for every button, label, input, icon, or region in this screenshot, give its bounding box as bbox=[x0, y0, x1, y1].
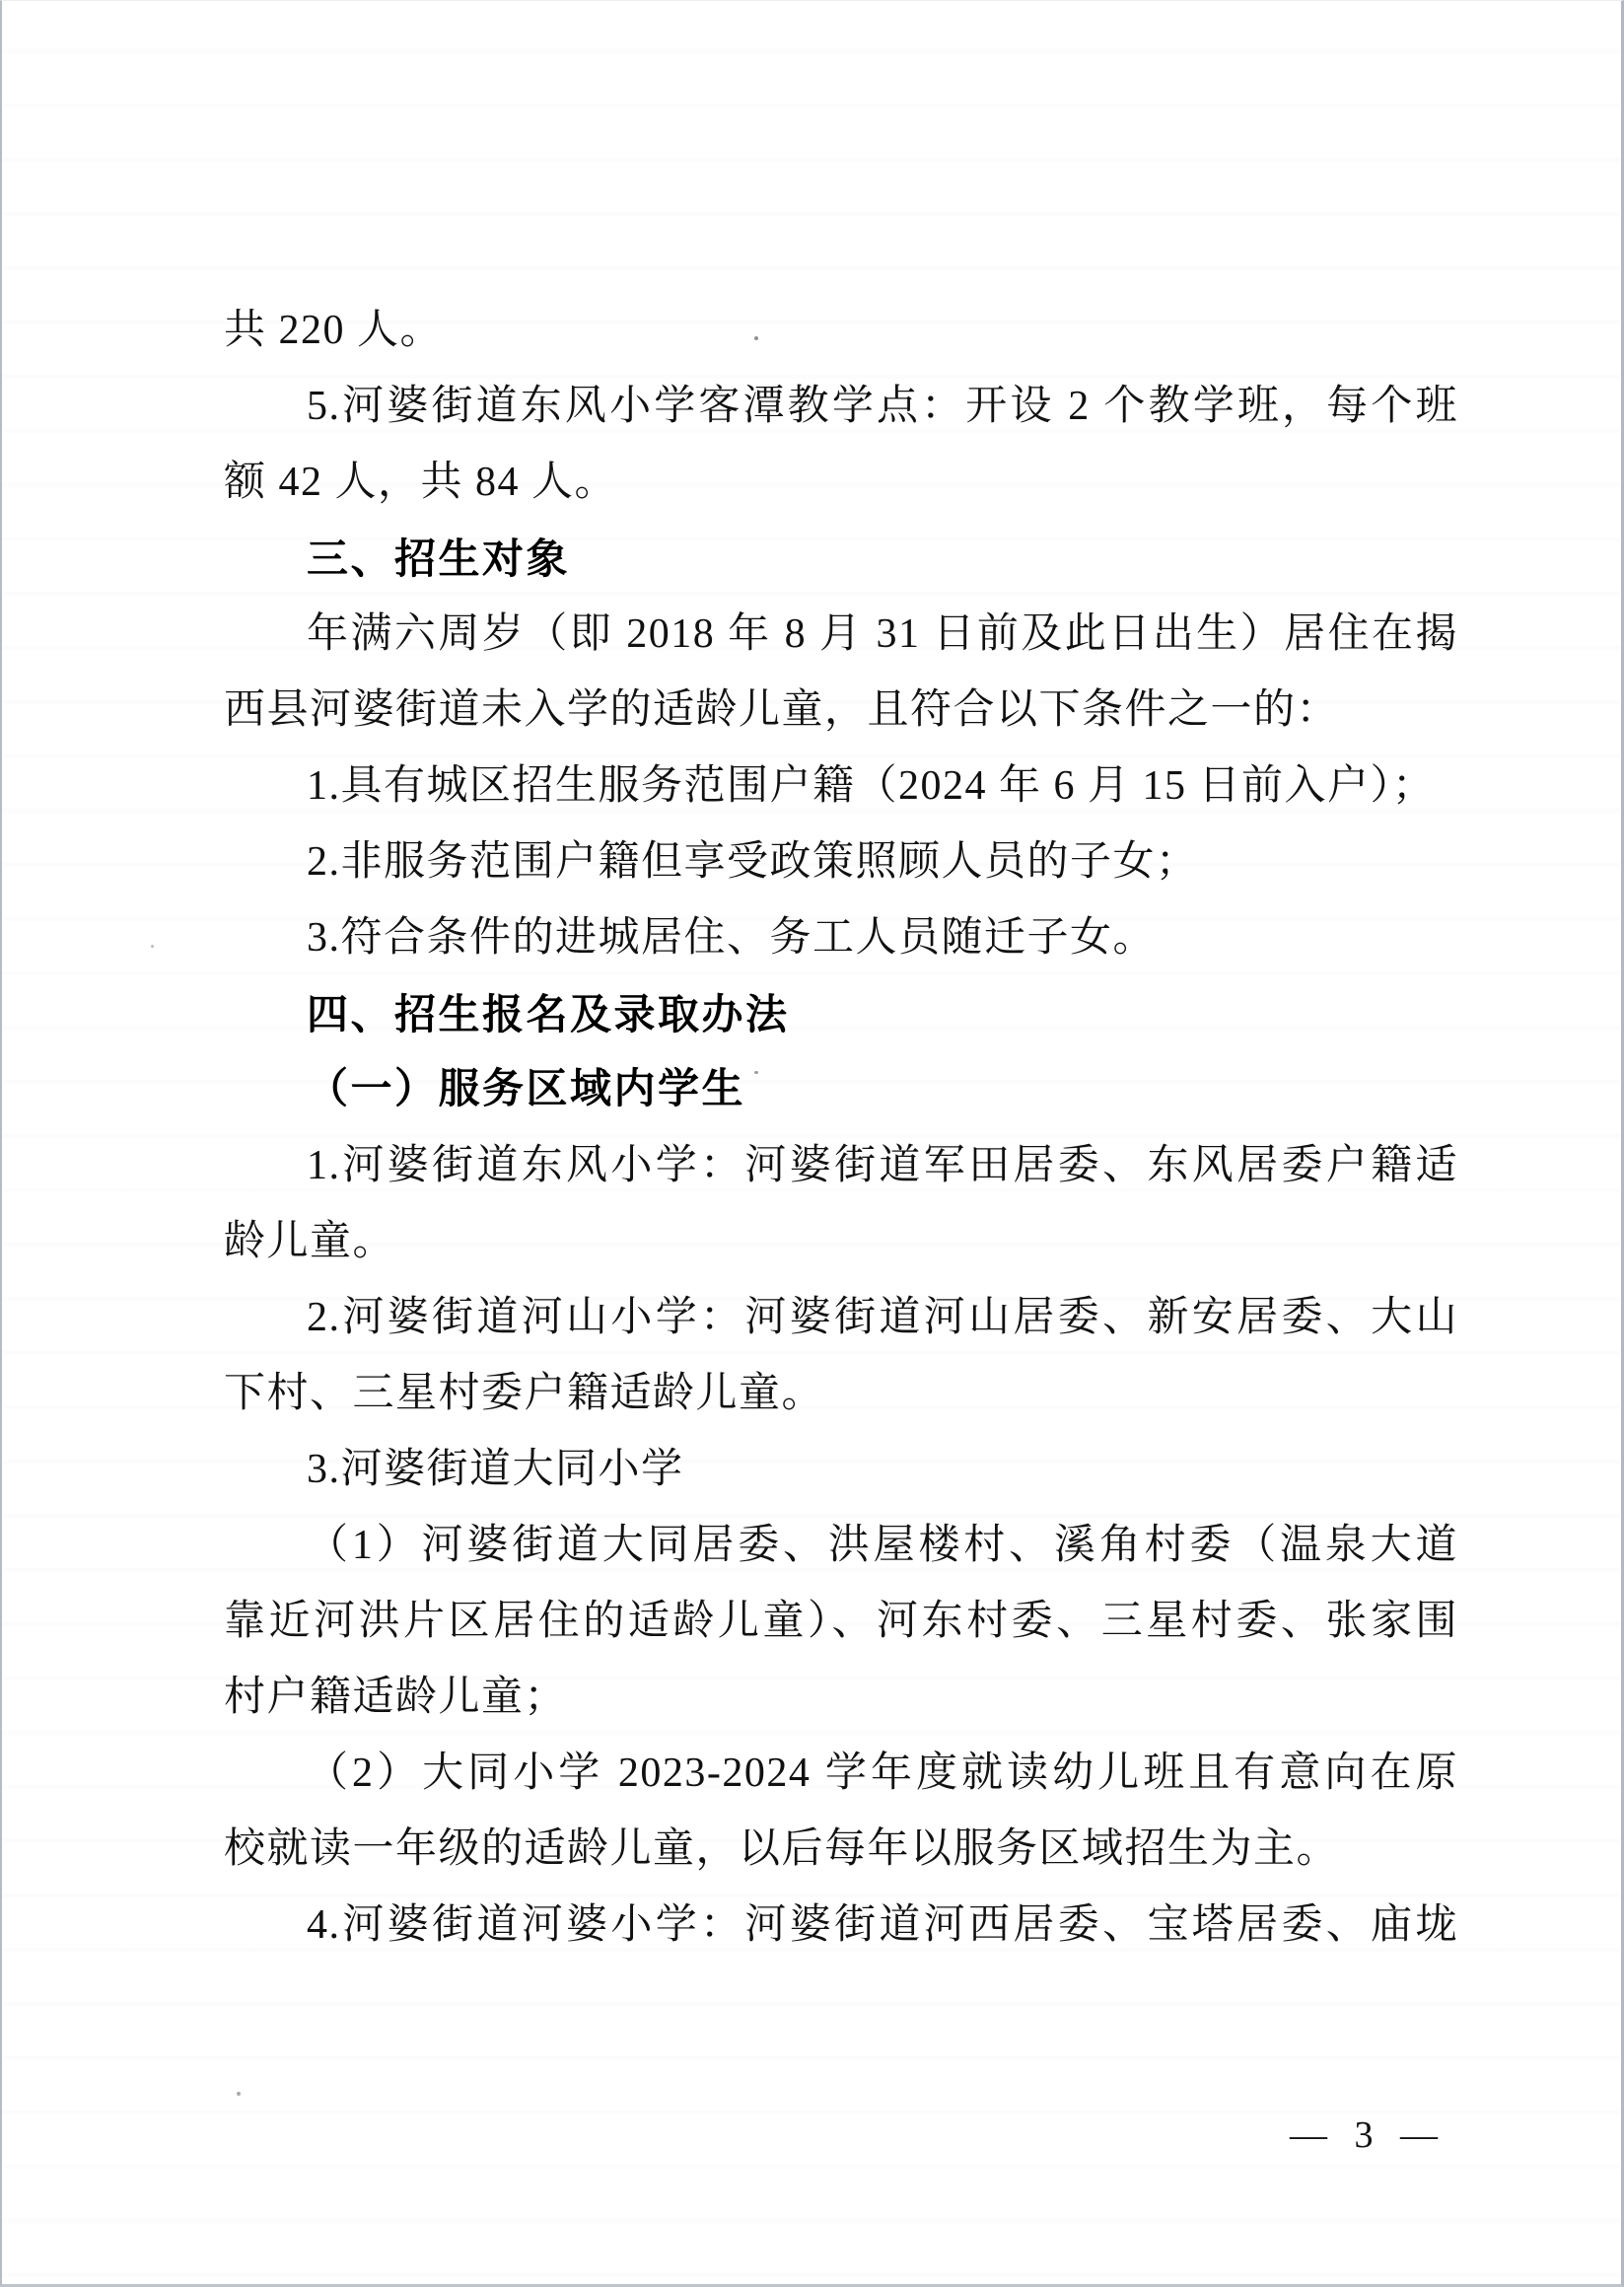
text-line: 西县河婆街道未入学的适龄儿童，且符合以下条件之一的： bbox=[224, 673, 1458, 749]
text-line: 1.具有城区招生服务范围户籍（2024 年 6 月 15 日前入户）； bbox=[224, 749, 1458, 824]
text-line: 龄儿童。 bbox=[224, 1204, 1458, 1280]
text-line: 5.河婆街道东风小学客潭教学点：开设 2 个教学班，每个班 bbox=[224, 369, 1458, 445]
text-line: 下村、三星村委户籍适龄儿童。 bbox=[224, 1356, 1458, 1432]
scan-artifact bbox=[754, 1071, 758, 1074]
text-line: （1）河婆街道大同居委、洪屋楼村、溪角村委（温泉大道 bbox=[224, 1508, 1458, 1584]
text-line: 3.符合条件的进城居住、务工人员随迁子女。 bbox=[224, 900, 1458, 976]
page-number: — 3 — bbox=[1290, 2113, 1447, 2157]
text-line: 1.河婆街道东风小学：河婆街道军田居委、东风居委户籍适 bbox=[224, 1128, 1458, 1204]
text-line: 2.河婆街道河山小学：河婆街道河山居委、新安居委、大山 bbox=[224, 1280, 1458, 1356]
text-line: 4.河婆街道河婆小学：河婆街道河西居委、宝塔居委、庙垅 bbox=[224, 1888, 1458, 1964]
section-heading-three: 三、招生对象 bbox=[224, 521, 1458, 597]
text-line: 共 220 人。 bbox=[224, 293, 1458, 369]
text-line: （2）大同小学 2023-2024 学年度就读幼儿班且有意向在原 bbox=[224, 1736, 1458, 1812]
scan-artifact bbox=[151, 945, 154, 948]
text-line: 3.河婆街道大同小学 bbox=[224, 1432, 1458, 1508]
scan-artifact bbox=[237, 2092, 241, 2096]
scanned-document-page: 共 220 人。 5.河婆街道东风小学客潭教学点：开设 2 个教学班，每个班 额… bbox=[0, 0, 1624, 2287]
scan-artifact bbox=[754, 336, 758, 340]
section-heading-four: 四、招生报名及录取办法 bbox=[224, 976, 1458, 1052]
text-line: 校就读一年级的适龄儿童，以后每年以服务区域招生为主。 bbox=[224, 1812, 1458, 1888]
text-line: 村户籍适龄儿童； bbox=[224, 1660, 1458, 1736]
text-line: 年满六周岁（即 2018 年 8 月 31 日前及此日出生）居住在揭 bbox=[224, 597, 1458, 673]
text-line: 2.非服务范围户籍但享受政策照顾人员的子女； bbox=[224, 824, 1458, 900]
text-line: 额 42 人，共 84 人。 bbox=[224, 445, 1458, 521]
subsection-heading: （一）服务区域内学生 bbox=[224, 1052, 1458, 1128]
document-body: 共 220 人。 5.河婆街道东风小学客潭教学点：开设 2 个教学班，每个班 额… bbox=[224, 293, 1458, 1964]
text-line: 靠近河洪片区居住的适龄儿童）、河东村委、三星村委、张家围 bbox=[224, 1584, 1458, 1660]
